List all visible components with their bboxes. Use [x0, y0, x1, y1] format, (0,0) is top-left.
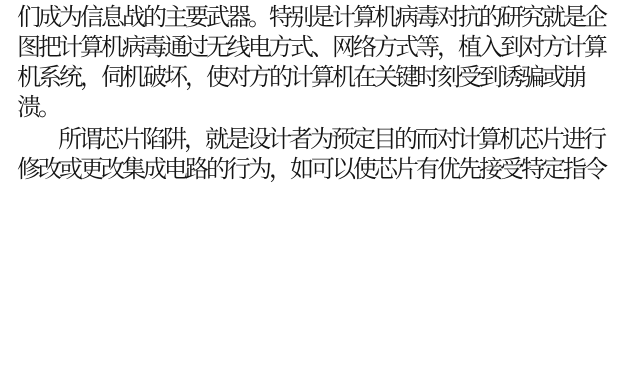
body-text: 们成为信息战的主要武器。特别是计算机病毒对抗的研究就是企 图把计算机病毒通过无线… [17, 3, 618, 185]
text-line: 修改或更改集成电路的行为，如可以使芯片有优先接受特定指令 [17, 155, 618, 185]
paragraph-virus-warfare: 们成为信息战的主要武器。特别是计算机病毒对抗的研究就是企 图把计算机病毒通过无线… [17, 3, 618, 123]
text-line: 溃。 [17, 93, 618, 123]
document-page: 们成为信息战的主要武器。特别是计算机病毒对抗的研究就是企 图把计算机病毒通过无线… [0, 0, 618, 384]
paragraph-chip-trap: 所谓芯片陷阱，就是设计者为预定目的而对计算机芯片进行 修改或更改集成电路的行为，… [17, 125, 618, 185]
text-line: 所谓芯片陷阱，就是设计者为预定目的而对计算机芯片进行 [17, 125, 618, 155]
text-line: 们成为信息战的主要武器。特别是计算机病毒对抗的研究就是企 [17, 3, 618, 33]
text-line: 图把计算机病毒通过无线电方式、网络方式等，植入到对方计算 [17, 33, 618, 63]
text-line: 机系统，伺机破坏，使对方的计算机在关键时刻受到诱骗或崩 [17, 63, 618, 93]
